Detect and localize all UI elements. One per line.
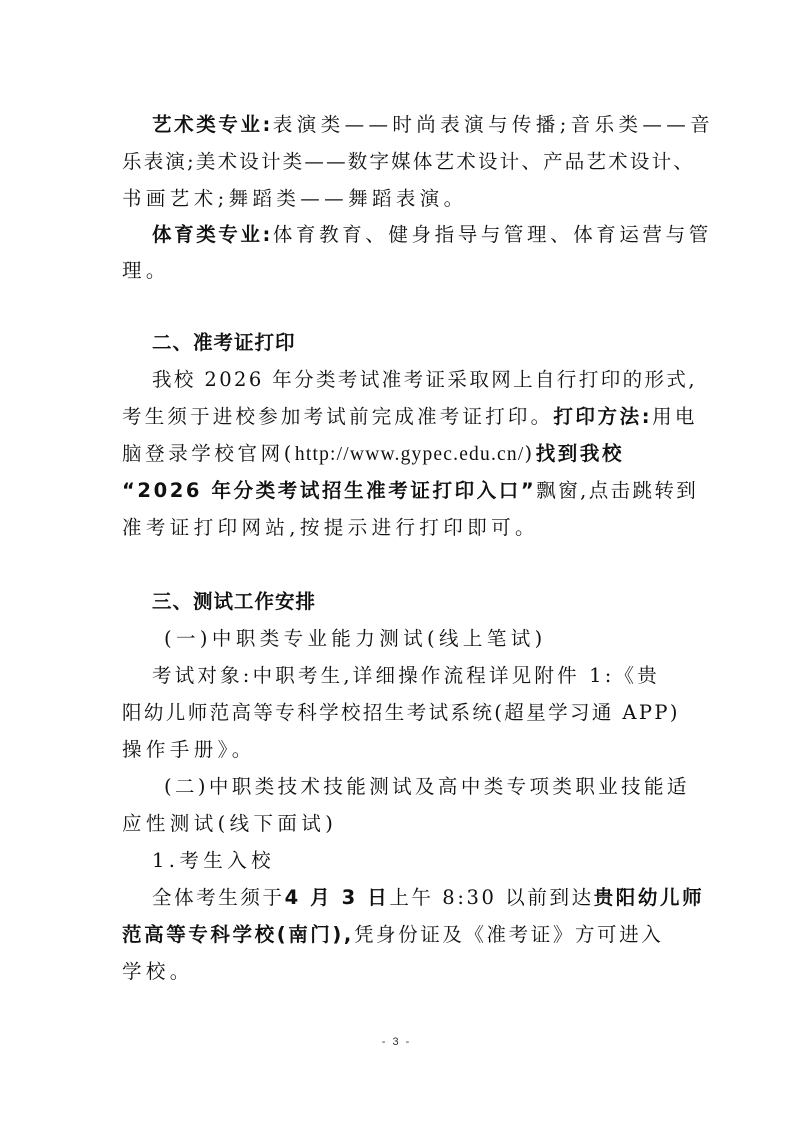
section2-text-3a: 脑登录学校官网(	[122, 442, 295, 465]
art-label: 艺术类专业:	[152, 113, 273, 136]
section2-title: 二、准考证打印	[122, 330, 702, 356]
print-method-label: 打印方法:	[553, 405, 652, 428]
section3-sub2-line-2: 应性测试(线下面试)	[122, 811, 672, 837]
art-line-1: 艺术类专业:表演类——时尚表演与传播;音乐类——音	[122, 112, 702, 138]
section3-p1-line-3: 操作手册》。	[122, 737, 672, 763]
art-text-1: 表演类——时尚表演与传播;音乐类——音	[273, 113, 714, 136]
sport-label: 体育类专业:	[152, 223, 273, 246]
section2-line-3: 脑登录学校官网(http://www.gypec.edu.cn/)找到我校	[122, 441, 672, 468]
section2-text-3c: 找到我校	[536, 442, 624, 465]
section3-p1-line-1: 考试对象:中职考生,详细操作流程详见附件 1:《贵	[122, 663, 702, 689]
section2-line-4: “2026 年分类考试招生准考证打印入口”飘窗,点击跳转到	[122, 478, 672, 504]
section3-p2-line-3: 学校。	[122, 959, 672, 985]
section3-title: 三、测试工作安排	[122, 589, 702, 615]
p2-text-1a: 全体考生须于	[152, 886, 285, 909]
school-name-part2: 范高等专科学校(南门),	[122, 923, 354, 946]
section3-p2-line-2: 范高等专科学校(南门),凭身份证及《准考证》方可进入	[122, 922, 672, 948]
section2-line-5: 准考证打印网站,按提示进行打印即可。	[122, 515, 672, 541]
section3-sub1: (一)中职类专业能力测试(线上笔试)	[122, 626, 714, 652]
print-entry-name: “2026 年分类考试招生准考证打印入口”	[122, 479, 536, 502]
section2-text-3b: )	[524, 442, 535, 465]
p2-text-2b: 凭身份证及《准考证》方可进入	[354, 923, 663, 946]
section2-text-2c: 用电	[652, 405, 697, 428]
p2-text-1c: 上午 8:30 以前到达	[389, 886, 593, 909]
section3-item1: 1.考生入校	[122, 848, 702, 874]
section2-line-1: 我校 2026 年分类考试准考证采取网上自行打印的形式,	[122, 367, 702, 393]
art-line-3: 书画艺术;舞蹈类——舞蹈表演。	[122, 186, 672, 212]
page-number: - 3 -	[0, 1036, 793, 1048]
sport-text-1: 体育教育、健身指导与管理、体育运营与管	[273, 223, 712, 246]
school-website-link[interactable]: http://www.gypec.edu.cn/	[295, 444, 525, 465]
section2-text-2a: 考生须于进校参加考试前完成准考证打印。	[122, 405, 553, 428]
section3-sub2-line-1: (二)中职类技术技能测试及高中类专项类职业技能适	[122, 774, 714, 800]
sport-line-2: 理。	[122, 258, 672, 284]
section2-text-4b: 飘窗,点击跳转到	[536, 479, 698, 502]
sport-line-1: 体育类专业:体育教育、健身指导与管理、体育运营与管	[122, 222, 702, 248]
art-line-2: 乐表演;美术设计类——数字媒体艺术设计、产品艺术设计、	[122, 149, 672, 175]
school-name-part1: 贵阳幼儿师	[594, 886, 705, 909]
exam-date: 4 月 3 日	[285, 886, 390, 909]
section3-p1-line-2: 阳幼儿师范高等专科学校招生考试系统(超星学习通 APP)	[122, 700, 672, 726]
section3-p2-line-1: 全体考生须于4 月 3 日上午 8:30 以前到达贵阳幼儿师	[122, 885, 702, 911]
section2-line-2: 考生须于进校参加考试前完成准考证打印。打印方法:用电	[122, 404, 672, 430]
